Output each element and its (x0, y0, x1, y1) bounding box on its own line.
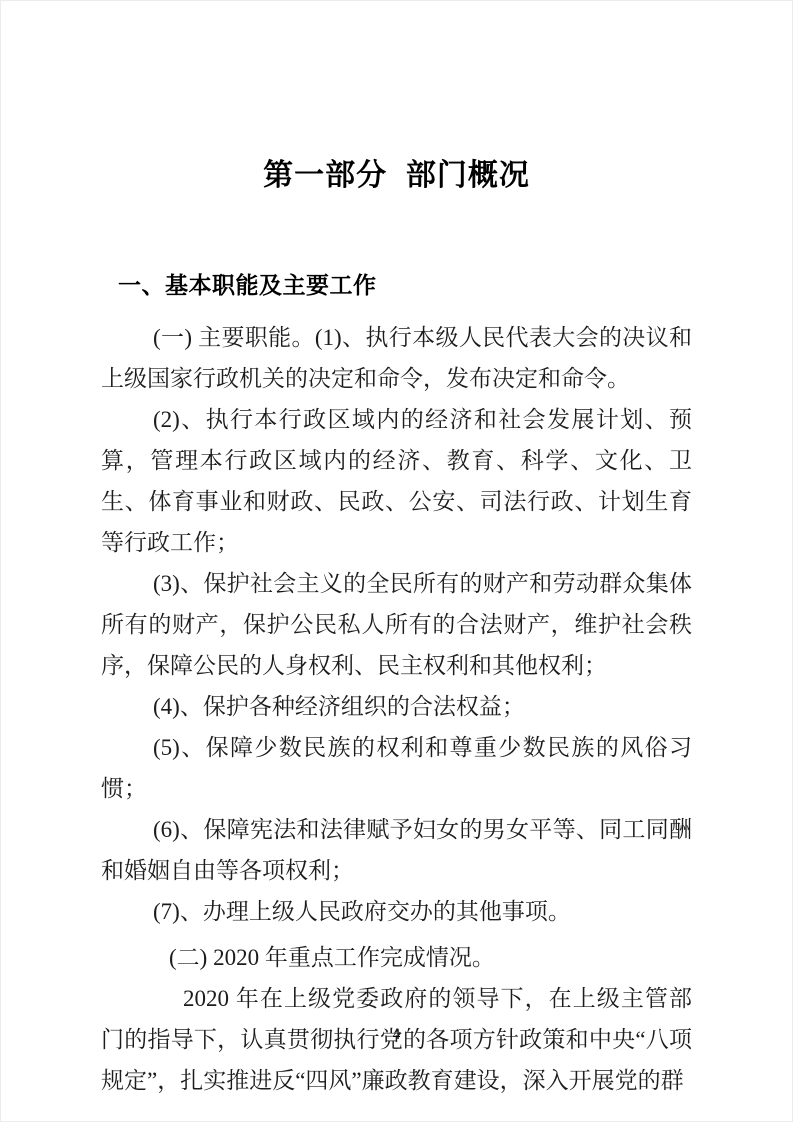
paragraph: (2)、执行本行政区域内的经济和社会发展计划、预算，管理本行政区域内的经济、教育… (101, 399, 692, 563)
paragraph: (3)、保护社会主义的全民所有的财产和劳动群众集体所有的财产，保护公民私人所有的… (101, 563, 692, 686)
document-page: 第一部分 部门概况 一、基本职能及主要工作 (一) 主要职能。(1)、执行本级人… (0, 0, 793, 1122)
paragraph: (6)、保障宪法和法律赋予妇女的男女平等、同工同酬和婚姻自由等各项权利； (101, 809, 692, 891)
page-number: 4 (1, 1027, 792, 1044)
paragraph: (4)、保护各种经济组织的合法权益； (101, 686, 692, 727)
document-body: (一) 主要职能。(1)、执行本级人民代表大会的决议和上级国家行政机关的决定和命… (1, 317, 792, 1101)
document-title: 第一部分 部门概况 (1, 1, 792, 199)
paragraph: (5)、保障少数民族的权利和尊重少数民族的风俗习惯； (101, 727, 692, 809)
section-heading: 一、基本职能及主要工作 (1, 270, 792, 300)
paragraph: (一) 主要职能。(1)、执行本级人民代表大会的决议和上级国家行政机关的决定和命… (101, 317, 692, 399)
paragraph: (7)、办理上级人民政府交办的其他事项。 (101, 891, 692, 932)
paragraph: (二) 2020 年重点工作完成情况。 (101, 937, 692, 978)
